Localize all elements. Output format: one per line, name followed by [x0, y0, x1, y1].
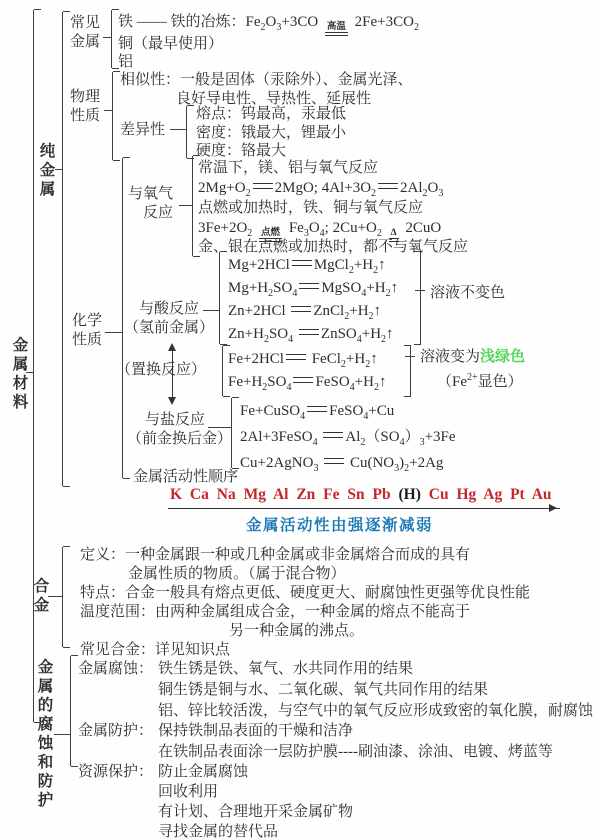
- node-acid-reaction-line1: 与酸反应: [139, 299, 199, 319]
- bracket-acid-group1-left: [219, 252, 227, 344]
- acid-note-green-prefix: 溶液变为: [420, 349, 480, 365]
- node-activity-series: 金属活动性顺序: [133, 467, 238, 487]
- node-physical-properties: 物理性质: [70, 88, 103, 126]
- tick-common: [103, 37, 111, 38]
- bracket-alloy: [62, 547, 70, 647]
- node-acid-reaction-line2: （氢前金属）: [124, 318, 214, 338]
- node-resource-protection: 资源保护：: [78, 762, 153, 782]
- oxygen-line-5: 金、银在点燃或加热时，都不与氧气反应: [198, 237, 468, 257]
- resource-line-1: 防止金属腐蚀: [158, 762, 248, 782]
- protect-line-1: 保持铁制品表面的干燥和洁净: [158, 721, 353, 741]
- tick-corrosion: [54, 734, 70, 735]
- node-metal-corrosion: 金属腐蚀：: [78, 659, 153, 679]
- oxygen-line-1: 常温下，镁、铝与氧气反应: [198, 158, 378, 178]
- resource-line-3: 有计划、合理地开采金属矿物: [158, 802, 353, 822]
- acid-note-no-color: 溶液不变色: [430, 283, 505, 303]
- acid-eq-fe-h2so4: Fe+H2SO4FeSO4+H2↑: [228, 372, 386, 398]
- acid-note-green-word: 浅绿色: [480, 349, 525, 365]
- salt-eq-fe-cuso4: Fe+CuSO4FeSO4+Cu: [240, 401, 394, 427]
- bracket-corrosion: [70, 656, 78, 766]
- line-similarity-1: 相似性：一般是固体（汞除外）、金属光泽、: [120, 70, 413, 90]
- activity-arrow: [168, 508, 560, 509]
- node-chemical-properties: 化学性质: [72, 312, 105, 350]
- node-common-metals: 常见金属: [70, 14, 103, 52]
- resource-line-4: 寻找金属的替代品: [158, 822, 278, 840]
- bracket-physical: [112, 72, 120, 160]
- tick-difference: [170, 129, 186, 130]
- node-oxygen-reaction-line2: 反应: [143, 203, 173, 223]
- rust-line-1: 铁生锈是铁、氧气、水共同作用的结果: [158, 659, 413, 679]
- tick-acid: [203, 310, 219, 311]
- line-copper: 铜（最早使用）: [118, 34, 223, 54]
- tick-acid-note2: [405, 356, 415, 357]
- series-hydrogen: (H): [398, 486, 420, 503]
- mindmap-metal-materials: 金属材料 纯金属 合金 金属的腐蚀和防护 常见金属 铁 —— 铁的冶炼：Fe2O…: [0, 0, 600, 840]
- tick-root: [26, 372, 33, 373]
- rust-line-2: 铜生锈是铜与水、二氧化碳、氧气共同作用的结果: [158, 680, 488, 700]
- protect-line-2: 在铁制品表面涂一层防护膜----刷油漆、涂油、电镀、烤蓝等: [158, 742, 553, 762]
- tick-physical: [104, 110, 112, 111]
- bracket-difference: [186, 106, 194, 158]
- bracket-acid-group2-right: [403, 346, 411, 396]
- node-difference: 差异性: [120, 120, 165, 140]
- bracket-acid-group1-right: [413, 252, 421, 344]
- tick-oxygen: [179, 205, 192, 206]
- resource-line-2: 回收利用: [158, 782, 218, 802]
- bracket-root: [33, 10, 41, 722]
- bracket-salt-equations: [231, 398, 239, 468]
- line-aluminum: 铝: [118, 52, 133, 72]
- tick-alloy: [48, 596, 62, 597]
- node-metal-protection: 金属防护：: [78, 721, 153, 741]
- series-red-2: Cu Hg Ag Pt Au: [429, 486, 552, 503]
- alloy-common: 常见合金：详见知识点: [80, 640, 230, 660]
- salt-eq-cu-agno3: Cu+2AgNO3 Cu(NO3)2+2Ag: [240, 453, 443, 479]
- node-salt-reaction-line1: 与盐反应: [145, 410, 205, 430]
- tick-acid-note1: [415, 290, 425, 291]
- acid-note-green: 溶液变为浅绿色: [420, 347, 525, 367]
- root-label-metal-materials: 金属材料: [12, 336, 29, 412]
- alloy-definition-2: 金属性质的物质。（属于混合物）: [128, 564, 346, 584]
- branch-label-pure-metals: 纯金属: [39, 142, 56, 199]
- rust-line-3: 铝、锌比较活泼，与空气中的氧气反应形成致密的氧化膜，耐腐蚀: [158, 701, 593, 721]
- bracket-pure-metals: [62, 12, 70, 486]
- alloy-feature: 特点：合金一般具有熔点更低、硬度更大、耐腐蚀性更强等优良性能: [80, 583, 530, 603]
- tick-pure: [55, 169, 62, 170]
- activity-note: 金属活动性由强逐渐减弱: [246, 513, 433, 535]
- node-salt-reaction-line2: （前金换后金）: [127, 429, 232, 449]
- acid-eq-zn-h2so4: Zn+H2SO4 ZnSO4+H2↑: [228, 324, 394, 350]
- alloy-temp-range-2: 另一种金属的沸点。: [229, 621, 364, 641]
- activity-series-row: K Ca Na Mg Al Zn Fe Sn Pb (H) Cu Hg Ag P…: [170, 486, 552, 504]
- line-melting-point: 熔点：钨最高，汞最低: [196, 104, 346, 124]
- series-red-1: K Ca Na Mg Al Zn Fe Sn Pb: [170, 486, 391, 503]
- alloy-definition-1: 定义：一种金属跟一种或几种金属或非金属熔合而成的具有: [80, 545, 470, 565]
- salt-eq-al-feso4: 2Al+3FeSO4 Al2（SO4）3+3Fe: [240, 427, 456, 453]
- node-displacement: （置换反应）: [116, 360, 206, 380]
- oxygen-line-3: 点燃或加热时，铁、铜与氧气反应: [198, 198, 423, 218]
- tick-salt: [208, 427, 231, 428]
- alloy-temp-range-1: 温度范围：由两种金属组成合金，一种金属的熔点不能高于: [80, 602, 470, 622]
- acid-note-fe2: （Fe2+显色）: [437, 368, 523, 392]
- line-density: 密度：锇最大，锂最小: [196, 123, 346, 143]
- node-oxygen-reaction-line1: 与氧气: [128, 184, 173, 204]
- tick-chemical: [105, 332, 122, 333]
